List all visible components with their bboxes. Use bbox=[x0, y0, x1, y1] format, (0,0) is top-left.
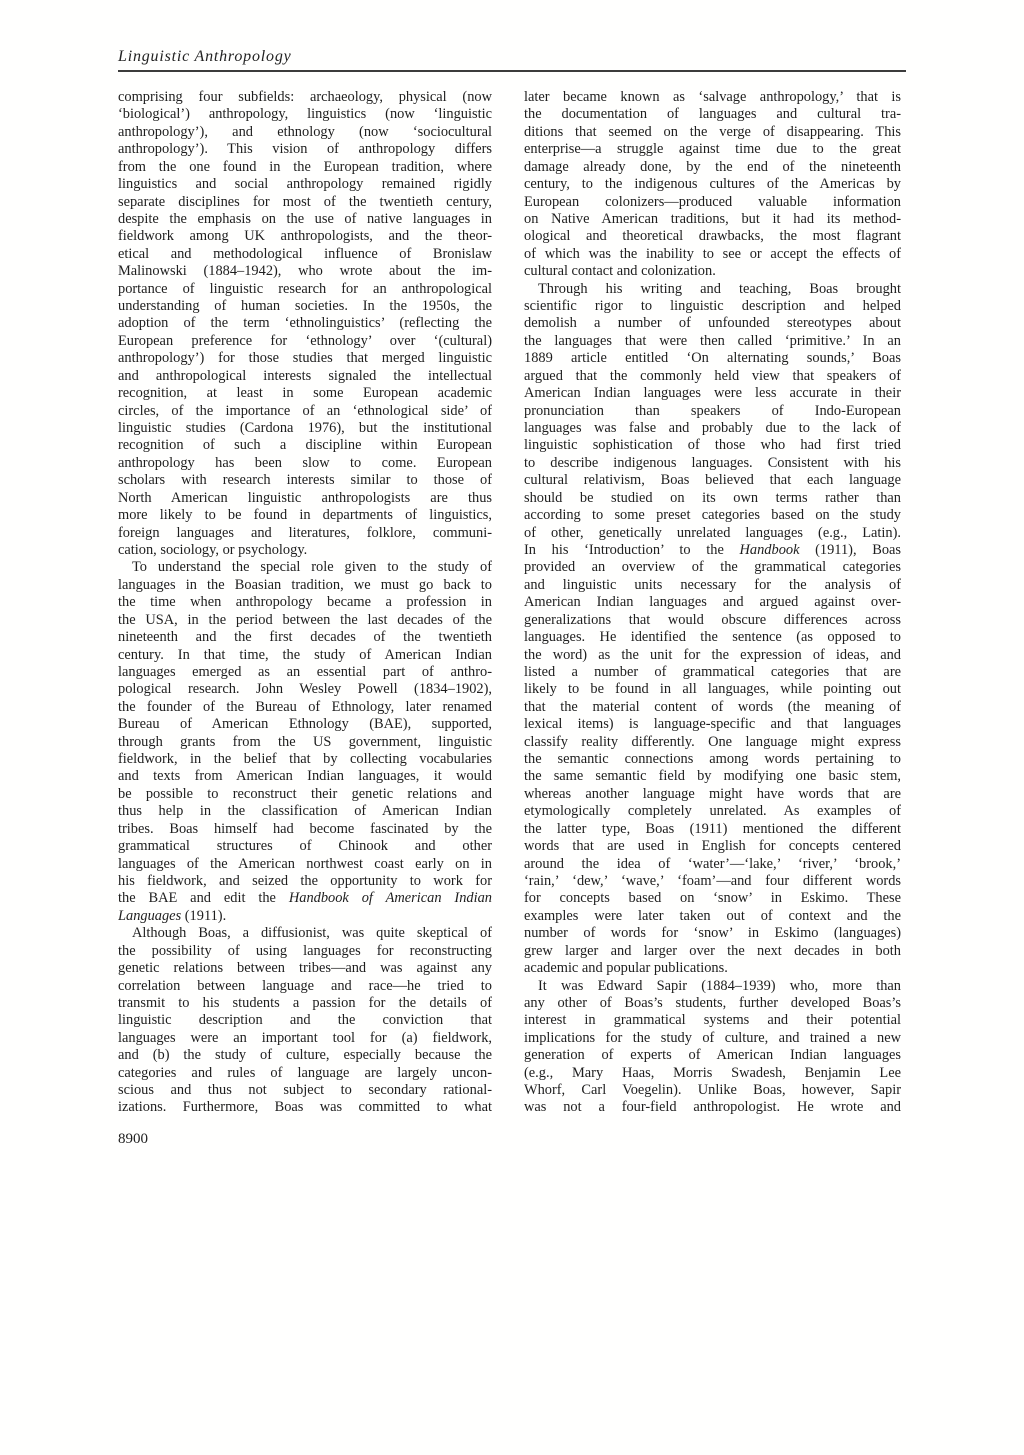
text-line: more likely to be found in departments o… bbox=[118, 507, 492, 524]
text-line: Through his writing and teaching, Boas b… bbox=[524, 281, 901, 298]
text-line: the possibility of using languages for r… bbox=[118, 943, 492, 960]
text-line: languages. He identified the sentence (a… bbox=[524, 629, 901, 646]
text-line: American Indian languages and argued aga… bbox=[524, 594, 901, 611]
text-line: ‘biological’) anthropology, linguistics … bbox=[118, 106, 492, 123]
text-line: to describe indigenous languages. Consis… bbox=[524, 455, 901, 472]
text-line: ological and theoretical drawbacks, the … bbox=[524, 228, 901, 245]
text-line: and linguistic units necessary for the a… bbox=[524, 577, 901, 594]
text-line: from the one found in the European tradi… bbox=[118, 159, 492, 176]
paragraph: Through his writing and teaching, Boas b… bbox=[524, 281, 901, 978]
text-line: whereas another language might have word… bbox=[524, 786, 901, 803]
text-line: implications for the study of culture, a… bbox=[524, 1030, 901, 1047]
text-line: categories and rules of language are lar… bbox=[118, 1065, 492, 1082]
text-line: generalizations that would obscure diffe… bbox=[524, 612, 901, 629]
text-line: anthropology has been slow to come. Euro… bbox=[118, 455, 492, 472]
text-line: etymologically completely unrelated. As … bbox=[524, 803, 901, 820]
text-line: languages were an important tool for (a)… bbox=[118, 1030, 492, 1047]
text-line: Whorf, Carl Voegelin). Unlike Boas, howe… bbox=[524, 1082, 901, 1099]
text-line: the latter type, Boas (1911) mentioned t… bbox=[524, 821, 901, 838]
text-line: classify reality differently. One langua… bbox=[524, 734, 901, 751]
text-line: portance of linguistic research for an a… bbox=[118, 281, 492, 298]
text-line: circles, of the importance of an ‘ethnol… bbox=[118, 403, 492, 420]
text-line: generation of experts of American Indian… bbox=[524, 1047, 901, 1064]
text-line: number of words for ‘snow’ in Eskimo (la… bbox=[524, 925, 901, 942]
text-line: be possible to reconstruct their genetic… bbox=[118, 786, 492, 803]
text-line: grew larger and larger over the next dec… bbox=[524, 943, 901, 960]
text-line: according to some preset categories base… bbox=[524, 507, 901, 524]
text-line: foreign languages and literatures, folkl… bbox=[118, 525, 492, 542]
text-line: any other of Boas’s students, further de… bbox=[524, 995, 901, 1012]
text-line: linguistics and social anthropology rema… bbox=[118, 176, 492, 193]
text-line: his fieldwork, and seized the opportunit… bbox=[118, 873, 492, 890]
text-line: thus help in the classification of Ameri… bbox=[118, 803, 492, 820]
text-line: argued that the commonly held view that … bbox=[524, 368, 901, 385]
text-line: scious and thus not subject to secondary… bbox=[118, 1082, 492, 1099]
page-number: 8900 bbox=[118, 1131, 148, 1148]
text-line: anthropology’) for those studies that me… bbox=[118, 350, 492, 367]
text-line: pronunciation than speakers of Indo-Euro… bbox=[524, 403, 901, 420]
text-line: listed a number of grammatical categorie… bbox=[524, 664, 901, 681]
running-header: Linguistic Anthropology bbox=[118, 48, 292, 66]
text-line: linguistic studies (Cardona 1976), but t… bbox=[118, 420, 492, 437]
text-line: recognition, at least in some European a… bbox=[118, 385, 492, 402]
text-line: century. In that time, the study of Amer… bbox=[118, 647, 492, 664]
text-line: lexical items) is language-specific and … bbox=[524, 716, 901, 733]
text-line: the time when anthropology became a prof… bbox=[118, 594, 492, 611]
text-line: later became known as ‘salvage anthropol… bbox=[524, 89, 901, 106]
text-line: European colonizers—produced valuable in… bbox=[524, 194, 901, 211]
text-line: should be studied on its own terms rathe… bbox=[524, 490, 901, 507]
text-line: Languages (1911). bbox=[118, 908, 492, 925]
text-line: the founder of the Bureau of Ethnology, … bbox=[118, 699, 492, 716]
text-line: 1889 article entitled ‘On alternating so… bbox=[524, 350, 901, 367]
text-line: despite the emphasis on the use of nativ… bbox=[118, 211, 492, 228]
text-line: Malinowski (1884–1942), who wrote about … bbox=[118, 263, 492, 280]
text-line: damage already done, by the end of the n… bbox=[524, 159, 901, 176]
text-line: was not a four-field anthropologist. He … bbox=[524, 1099, 901, 1116]
text-line: Although Boas, a diffusionist, was quite… bbox=[118, 925, 492, 942]
scanned-page: Linguistic Anthropology comprising four … bbox=[0, 0, 1024, 1455]
text-line: adoption of the term ‘ethnolinguistics’ … bbox=[118, 315, 492, 332]
text-line: scholars with research interests similar… bbox=[118, 472, 492, 489]
text-line: izations. Furthermore, Boas was committe… bbox=[118, 1099, 492, 1116]
text-line: demolish a number of unfounded stereotyp… bbox=[524, 315, 901, 332]
text-line: languages emerged as an essential part o… bbox=[118, 664, 492, 681]
text-line: around the idea of ‘water’—‘lake,’ ‘rive… bbox=[524, 856, 901, 873]
text-line: and texts from American Indian languages… bbox=[118, 768, 492, 785]
text-line: European preference for ‘ethnology’ over… bbox=[118, 333, 492, 350]
text-line: cation, sociology, or psychology. bbox=[118, 542, 492, 559]
text-line: fieldwork among UK anthropologists, and … bbox=[118, 228, 492, 245]
text-line: linguistic description and the convictio… bbox=[118, 1012, 492, 1029]
text-line: that the material content of words (the … bbox=[524, 699, 901, 716]
text-line: In his ‘Introduction’ to the Handbook (1… bbox=[524, 542, 901, 559]
text-line: genetic relations between tribes—and was… bbox=[118, 960, 492, 977]
text-line: fieldwork, in the belief that by collect… bbox=[118, 751, 492, 768]
paragraph: Although Boas, a diffusionist, was quite… bbox=[118, 925, 492, 1117]
text-line: of other, genetically unrelated language… bbox=[524, 525, 901, 542]
text-line: the semantic connections among words per… bbox=[524, 751, 901, 768]
text-line: and anthropological interests signaled t… bbox=[118, 368, 492, 385]
paragraph: It was Edward Sapir (1884–1939) who, mor… bbox=[524, 978, 901, 1117]
text-line: the word) as the unit for the expression… bbox=[524, 647, 901, 664]
text-line: of which was the inability to see or acc… bbox=[524, 246, 901, 263]
text-line: Bureau of American Ethnology (BAE), supp… bbox=[118, 716, 492, 733]
text-line: languages was false and probably due to … bbox=[524, 420, 901, 437]
text-line: enterprise—a struggle against time due t… bbox=[524, 141, 901, 158]
text-line: ‘rain,’ ‘dew,’ ‘wave,’ ‘foam’—and four d… bbox=[524, 873, 901, 890]
text-line: transmit to his students a passion for t… bbox=[118, 995, 492, 1012]
text-line: provided an overview of the grammatical … bbox=[524, 559, 901, 576]
text-line: separate disciplines for most of the twe… bbox=[118, 194, 492, 211]
text-line: on Native American traditions, but it ha… bbox=[524, 211, 901, 228]
text-line: It was Edward Sapir (1884–1939) who, mor… bbox=[524, 978, 901, 995]
text-line: century, to the indigenous cultures of t… bbox=[524, 176, 901, 193]
text-line: anthropology’), and ethnology (now ‘soci… bbox=[118, 124, 492, 141]
text-line: anthropology’). This vision of anthropol… bbox=[118, 141, 492, 158]
text-line: the BAE and edit the Handbook of America… bbox=[118, 890, 492, 907]
text-line: North American linguistic anthropologist… bbox=[118, 490, 492, 507]
text-line: interest in grammatical systems and thei… bbox=[524, 1012, 901, 1029]
text-line: for concepts based on ‘snow’ in Eskimo. … bbox=[524, 890, 901, 907]
text-line: the USA, in the period between the last … bbox=[118, 612, 492, 629]
text-line: academic and popular publications. bbox=[524, 960, 901, 977]
text-line: etical and methodological influence of B… bbox=[118, 246, 492, 263]
text-line: the languages that were then called ‘pri… bbox=[524, 333, 901, 350]
text-line: linguistic sophistication of those who h… bbox=[524, 437, 901, 454]
text-line: the same semantic field by modifying one… bbox=[524, 768, 901, 785]
header-divider bbox=[118, 70, 906, 72]
text-line: pological research. John Wesley Powell (… bbox=[118, 681, 492, 698]
text-line: languages in the Boasian tradition, we m… bbox=[118, 577, 492, 594]
text-line: words that are used in English for conce… bbox=[524, 838, 901, 855]
paragraph: To understand the special role given to … bbox=[118, 559, 492, 925]
text-line: tribes. Boas himself had become fascinat… bbox=[118, 821, 492, 838]
text-line: cultural contact and colonization. bbox=[524, 263, 901, 280]
left-column: comprising four subfields: archaeology, … bbox=[118, 89, 492, 1117]
text-line: and (b) the study of culture, especially… bbox=[118, 1047, 492, 1064]
text-line: correlation between language and race—he… bbox=[118, 978, 492, 995]
text-line: To understand the special role given to … bbox=[118, 559, 492, 576]
text-line: grammatical structures of Chinook and ot… bbox=[118, 838, 492, 855]
text-line: nineteenth and the first decades of the … bbox=[118, 629, 492, 646]
text-line: cultural relativism, Boas believed that … bbox=[524, 472, 901, 489]
text-line: comprising four subfields: archaeology, … bbox=[118, 89, 492, 106]
text-line: examples were later taken out of context… bbox=[524, 908, 901, 925]
text-line: through grants from the US government, l… bbox=[118, 734, 492, 751]
right-column: later became known as ‘salvage anthropol… bbox=[524, 89, 901, 1117]
paragraph: later became known as ‘salvage anthropol… bbox=[524, 89, 901, 281]
text-line: the documentation of languages and cultu… bbox=[524, 106, 901, 123]
text-line: (e.g., Mary Haas, Morris Swadesh, Benjam… bbox=[524, 1065, 901, 1082]
text-line: ditions that seemed on the verge of disa… bbox=[524, 124, 901, 141]
text-line: scientific rigor to linguistic descripti… bbox=[524, 298, 901, 315]
text-line: likely to be found in all languages, whi… bbox=[524, 681, 901, 698]
text-line: recognition of such a discipline within … bbox=[118, 437, 492, 454]
text-line: American Indian languages were less accu… bbox=[524, 385, 901, 402]
text-line: languages of the American northwest coas… bbox=[118, 856, 492, 873]
text-line: understanding of human societies. In the… bbox=[118, 298, 492, 315]
paragraph: comprising four subfields: archaeology, … bbox=[118, 89, 492, 559]
